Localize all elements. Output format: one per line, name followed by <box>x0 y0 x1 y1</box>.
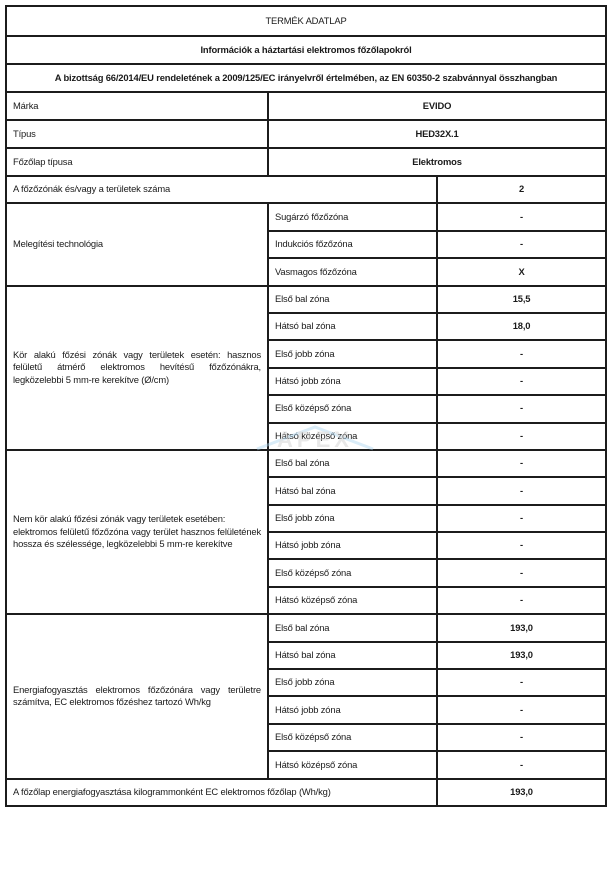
zone-value: 193,0 <box>437 614 606 641</box>
heating-technology-label: Melegítési technológia <box>6 203 268 285</box>
zone-value: - <box>437 505 606 532</box>
product-datasheet-table: TERMÉK ADATLAP Információk a háztartási … <box>5 5 607 807</box>
zone-value: - <box>437 368 606 395</box>
zone-value: - <box>437 340 606 367</box>
zone-label: Első jobb zóna <box>268 340 437 367</box>
zone-label: Hátsó bal zóna <box>268 313 437 340</box>
brand-label: Márka <box>6 92 268 120</box>
zone-value: - <box>437 395 606 422</box>
heating-option-value: - <box>437 203 606 230</box>
datasheet-title: TERMÉK ADATLAP <box>6 6 606 36</box>
zone-value: - <box>437 669 606 696</box>
non-circular-label-line1: Nem kör alakú főzési zónák vagy területe… <box>13 513 225 524</box>
zone-label: Hátsó bal zóna <box>268 477 437 504</box>
hob-type-value: Elektromos <box>268 148 606 176</box>
heating-option-label: Sugárzó főzőzóna <box>268 203 437 230</box>
zone-label: Első bal zóna <box>268 614 437 641</box>
zone-label: Első jobb zóna <box>268 669 437 696</box>
energy-zone-row: Energiafogyasztás elektromos főzőzónára … <box>6 614 606 641</box>
regulation-text: A bizottság 66/2014/EU rendeletének a 20… <box>6 64 606 92</box>
heating-row: Melegítési technológia Sugárzó főzőzóna … <box>6 203 606 230</box>
zone-label: Hátsó középső zóna <box>268 587 437 614</box>
total-energy-label: A főzőlap energiafogyasztása kilogrammon… <box>6 779 437 806</box>
zone-label: Első jobb zóna <box>268 505 437 532</box>
regulation-row: A bizottság 66/2014/EU rendeletének a 20… <box>6 64 606 92</box>
zone-value: - <box>437 423 606 450</box>
subtitle-row: Információk a háztartási elektromos főző… <box>6 36 606 64</box>
model-label: Típus <box>6 120 268 148</box>
zone-label: Első középső zóna <box>268 559 437 586</box>
hob-type-row: Főzőlap típusa Elektromos <box>6 148 606 176</box>
zone-count-label: A főzőzónák és/vagy a területek száma <box>6 176 437 203</box>
zone-value: - <box>437 477 606 504</box>
zone-value: 193,0 <box>437 642 606 669</box>
zone-label: Első középső zóna <box>268 395 437 422</box>
heating-option-label: Indukciós főzőzóna <box>268 231 437 258</box>
brand-row: Márka EVIDO <box>6 92 606 120</box>
heating-option-value: X <box>437 258 606 285</box>
zone-value: - <box>437 696 606 723</box>
circular-zones-label: Kör alakú főzési zónák vagy területek es… <box>6 286 268 450</box>
non-circular-zone-row: Nem kör alakú főzési zónák vagy területe… <box>6 450 606 477</box>
zone-label: Első bal zóna <box>268 286 437 313</box>
zone-label: Hátsó középső zóna <box>268 751 437 778</box>
total-energy-row: A főzőlap energiafogyasztása kilogrammon… <box>6 779 606 806</box>
heating-option-label: Vasmagos főzőzóna <box>268 258 437 285</box>
model-row: Típus HED32X.1 <box>6 120 606 148</box>
non-circular-zones-label: Nem kör alakú főzési zónák vagy területe… <box>6 450 268 614</box>
title-row: TERMÉK ADATLAP <box>6 6 606 36</box>
total-energy-value: 193,0 <box>437 779 606 806</box>
model-value: HED32X.1 <box>268 120 606 148</box>
energy-per-zone-label: Energiafogyasztás elektromos főzőzónára … <box>6 614 268 778</box>
zone-label: Hátsó jobb zóna <box>268 532 437 559</box>
zone-value: - <box>437 532 606 559</box>
zone-label: Első bal zóna <box>268 450 437 477</box>
zone-label: Hátsó középső zóna <box>268 423 437 450</box>
zone-value: - <box>437 587 606 614</box>
circular-zone-row: Kör alakú főzési zónák vagy területek es… <box>6 286 606 313</box>
heating-option-value: - <box>437 231 606 258</box>
zone-value: - <box>437 559 606 586</box>
datasheet-subtitle: Információk a háztartási elektromos főző… <box>6 36 606 64</box>
zone-count-value: 2 <box>437 176 606 203</box>
zone-label: Hátsó jobb zóna <box>268 368 437 395</box>
hob-type-label: Főzőlap típusa <box>6 148 268 176</box>
zone-value: - <box>437 751 606 778</box>
zone-label: Hátsó bal zóna <box>268 642 437 669</box>
zone-label: Első középső zóna <box>268 724 437 751</box>
zone-value: - <box>437 450 606 477</box>
brand-value: EVIDO <box>268 92 606 120</box>
zone-count-row: A főzőzónák és/vagy a területek száma 2 <box>6 176 606 203</box>
zone-value: - <box>437 724 606 751</box>
non-circular-label-rest: elektromos felületű főzőzóna vagy terüle… <box>13 526 261 550</box>
zone-value: 15,5 <box>437 286 606 313</box>
zone-value: 18,0 <box>437 313 606 340</box>
zone-label: Hátsó jobb zóna <box>268 696 437 723</box>
